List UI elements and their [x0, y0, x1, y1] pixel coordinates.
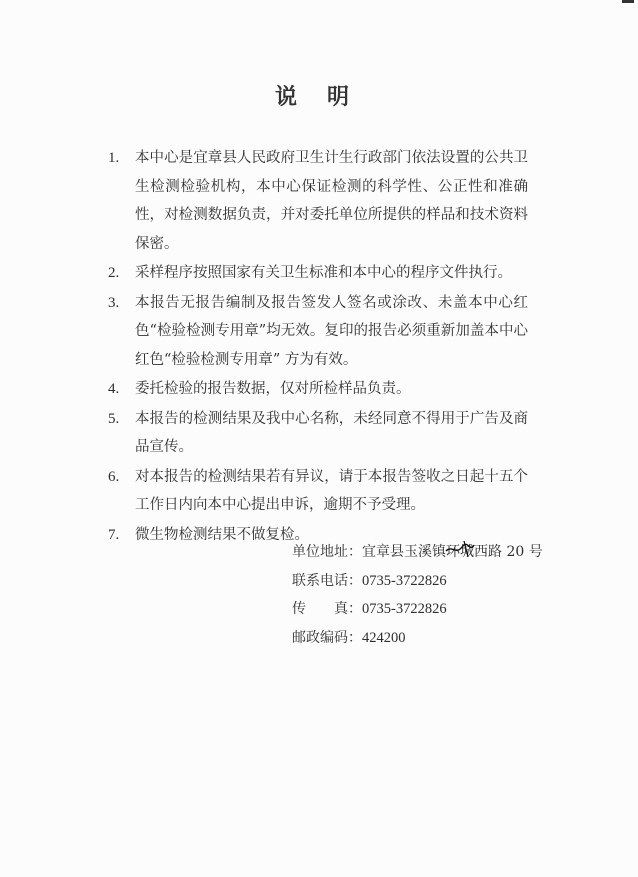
- item-number: 6.: [108, 463, 119, 492]
- list-item: 1. 本中心是宜章县人民政府卫生计生行政部门依法设置的公共卫生检测检验机构，本中…: [108, 144, 528, 258]
- item-text: 委托检验的报告数据，仅对所检样品负责。: [135, 375, 528, 404]
- list-item: 5. 本报告的检测结果及我中心名称，未经同意不得用于广告及商品宣传。: [108, 405, 528, 462]
- item-number: 5.: [108, 405, 119, 434]
- fax-value: 0735-3722826: [362, 601, 447, 617]
- fax-label: 传 真：: [292, 595, 362, 624]
- address-value-prefix: 宜章县玉溪镇: [362, 544, 446, 560]
- list-item: 2. 采样程序按照国家有关卫生标准和本中心的程序文件执行。: [108, 259, 528, 288]
- document-page: 说明 1. 本中心是宜章县人民政府卫生计生行政部门依法设置的公共卫生检测检验机构…: [0, 0, 638, 877]
- phone-label: 联系电话：: [292, 567, 362, 596]
- item-text: 采样程序按照国家有关卫生标准和本中心的程序文件执行。: [135, 259, 528, 288]
- contact-block: 单位地址：宜章县玉溪镇环城西路 20 号 联系电话：0735-3722826 传…: [292, 538, 543, 652]
- item-text: 对本报告的检测结果若有异议，请于本报告签收之日起十五个工作日内向本中心提出申诉，…: [135, 463, 528, 520]
- list-item: 3. 本报告无报告编制及报告签发人签名或涂改、未盖本中心红色“检验检测专用章”均…: [108, 289, 528, 375]
- scan-corner-mark: [622, 0, 634, 3]
- list-item: 6. 对本报告的检测结果若有异议，请于本报告签收之日起十五个工作日内向本中心提出…: [108, 463, 528, 520]
- page-title: 说明: [0, 80, 638, 111]
- phone-value: 0735-3722826: [362, 573, 447, 589]
- item-number: 7.: [108, 521, 119, 550]
- postcode-label: 邮政编码：: [292, 624, 362, 653]
- item-text: 本中心是宜章县人民政府卫生计生行政部门依法设置的公共卫生检测检验机构，本中心保证…: [135, 144, 528, 258]
- item-number: 2.: [108, 259, 119, 288]
- item-number: 3.: [108, 289, 119, 318]
- handwritten-correction: 环城: [446, 538, 474, 567]
- address-row: 单位地址：宜章县玉溪镇环城西路 20 号: [292, 538, 543, 567]
- address-label: 单位地址：: [292, 538, 362, 567]
- item-number: 1.: [108, 144, 119, 173]
- postcode-row: 邮政编码：424200: [292, 624, 543, 653]
- item-number: 4.: [108, 375, 119, 404]
- list-item: 4. 委托检验的报告数据，仅对所检样品负责。: [108, 375, 528, 404]
- postcode-value: 424200: [362, 630, 406, 646]
- phone-row: 联系电话：0735-3722826: [292, 567, 543, 596]
- fax-row: 传 真：0735-3722826: [292, 595, 543, 624]
- notes-list: 1. 本中心是宜章县人民政府卫生计生行政部门依法设置的公共卫生检测检验机构，本中…: [108, 144, 528, 550]
- address-corrected-text: 环城: [446, 544, 474, 560]
- address-value-suffix: 西路 20 号: [474, 544, 543, 560]
- item-text: 本报告无报告编制及报告签发人签名或涂改、未盖本中心红色“检验检测专用章”均无效。…: [135, 289, 528, 375]
- item-text: 本报告的检测结果及我中心名称，未经同意不得用于广告及商品宣传。: [135, 405, 528, 462]
